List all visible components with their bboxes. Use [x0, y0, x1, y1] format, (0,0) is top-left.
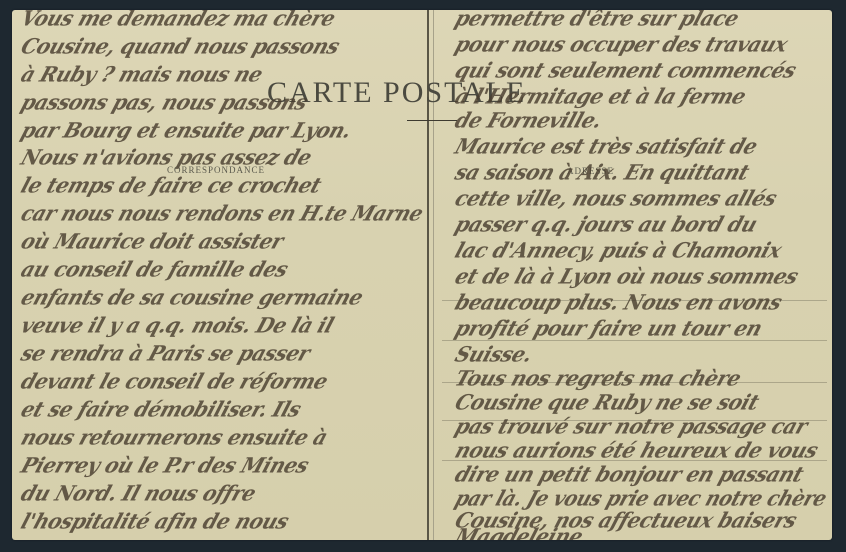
handwriting-line: car nous nous rendons en H.te Marne: [18, 200, 426, 225]
handwriting-line: Tous nos regrets ma chère: [452, 365, 744, 390]
postcard: CARTE POSTALE CORRESPONDANCE ADRESSE Vou…: [12, 10, 832, 540]
handwriting-line: Maurice est très satisfait de: [452, 133, 761, 158]
handwriting-line: sa saison à Aix. En quittant: [452, 159, 752, 184]
handwriting-line: où Maurice doit assister: [18, 228, 287, 253]
handwriting-line: devant le conseil de réforme: [18, 368, 331, 393]
handwriting-line: profité pour faire un tour en: [452, 315, 765, 340]
handwriting-line: à l'Hermitage et à la ferme: [452, 83, 749, 108]
handwriting-line: Nous n'avions pas assez de: [18, 144, 315, 169]
handwriting-line: cette ville, nous sommes allés: [452, 185, 780, 210]
handwriting-line: pour nous occuper des travaux: [452, 31, 791, 56]
handwriting-line: pas trouvé sur notre passage car: [452, 413, 811, 438]
handwriting-line: veuve il y a q.q. mois. De là il: [18, 312, 337, 337]
handwriting-line: passer q.q. jours au bord du: [452, 211, 760, 236]
handwriting-line: de Forneville.: [452, 107, 605, 132]
handwriting-line: dire un petit bonjour en passant: [452, 461, 807, 486]
handwriting-line: enfants de sa cousine germaine: [18, 284, 366, 309]
handwriting-line: qui sont seulement commencés: [452, 57, 799, 82]
handwriting-line: passons pas, nous passons: [18, 89, 311, 114]
handwriting-line: par Bourg et ensuite par Lyon.: [18, 117, 355, 142]
handwriting-line: se rendra à Paris se passer: [18, 340, 313, 365]
handwriting-line: Vous me demandez ma chère: [18, 10, 339, 31]
handwriting-line: nous retournerons ensuite à: [18, 424, 331, 449]
handwriting-line: Cousine que Ruby ne se soit: [452, 389, 762, 414]
handwriting-line: lac d'Annecy, puis à Chamonix: [452, 237, 785, 262]
handwriting-line: et se faire démobiliser. Ils: [18, 396, 304, 421]
handwriting-line: à Ruby ? mais nous ne: [18, 61, 266, 86]
signature: Magdeleine: [452, 523, 586, 540]
handwriting-line: et de là à Lyon où nous sommes: [452, 263, 801, 288]
handwriting-line: Cousine, quand nous passons: [18, 33, 343, 58]
header-underline: [407, 120, 457, 121]
handwriting-line: Pierrey où le P.r des Mines: [18, 452, 312, 477]
handwriting-line: le temps de faire ce crochet: [18, 172, 324, 197]
handwriting-line: du Nord. Il nous offre: [18, 480, 259, 505]
handwriting-line: Suisse.: [452, 341, 535, 366]
handwriting-line: au conseil de famille des: [18, 256, 291, 281]
handwriting-line: nous aurions été heureux de vous: [452, 437, 821, 462]
handwriting-line: l'hospitalité afin de nous: [18, 508, 292, 533]
handwriting-line: beaucoup plus. Nous en avons: [452, 289, 785, 314]
handwriting-line: permettre d'être sur place: [452, 10, 742, 31]
